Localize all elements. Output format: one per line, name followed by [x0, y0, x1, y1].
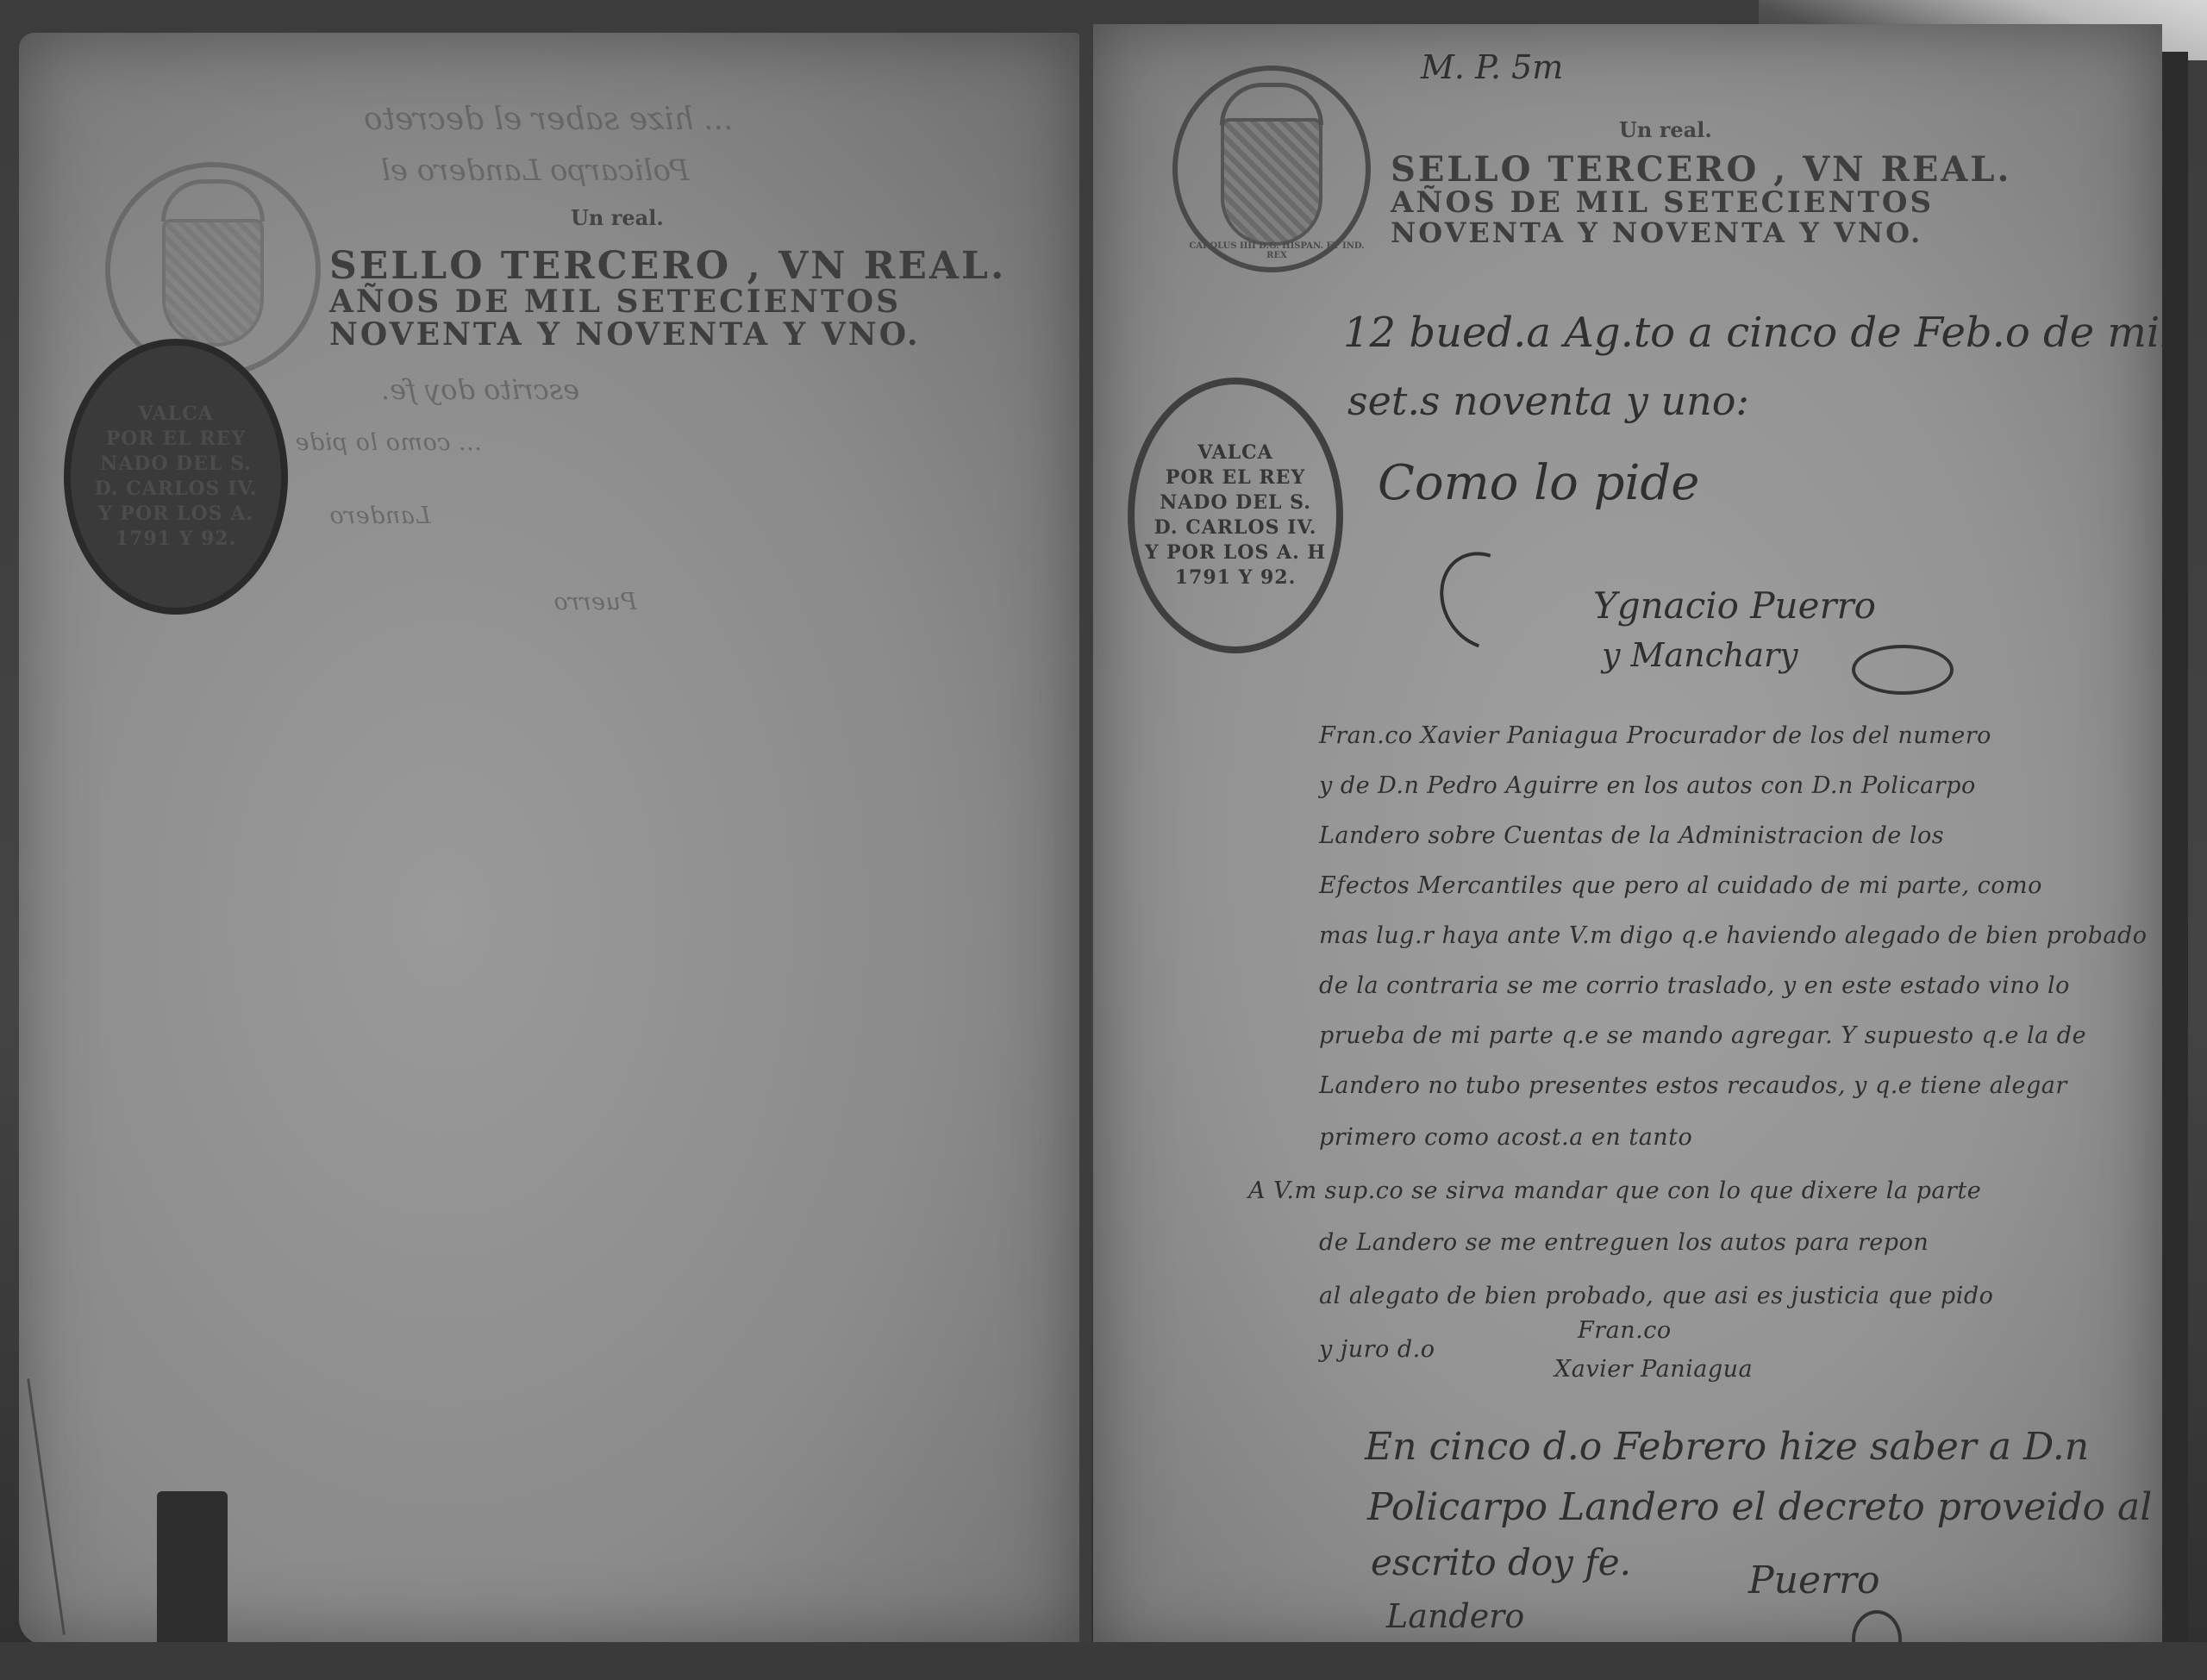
crown-icon: [161, 179, 265, 222]
seal-line: 1791 Y 92.: [116, 527, 237, 552]
bleed-through-text: escrito doy fe.: [381, 373, 579, 406]
crown-icon: [1220, 83, 1323, 125]
stamp-header-line: SELLO TERCERO , VN REAL.: [1391, 152, 2011, 188]
notification-line: Policarpo Landero el decreto proveido al: [1367, 1485, 2152, 1529]
binding-tab: [157, 1491, 228, 1646]
decree-line: set.s noventa y uno:: [1347, 378, 1749, 424]
petition-line: Landero sobre Cuentas de la Administraci…: [1319, 822, 1944, 849]
stamp-header-line: NOVENTA Y NOVENTA Y VNO.: [329, 319, 1006, 352]
bottom-edge-shadow: [0, 1642, 2207, 1680]
petition-line: mas lug.r haya ante V.m digo q.e haviend…: [1319, 922, 2148, 949]
stamp-header-line: AÑOS DE MIL SETECIENTOS: [329, 286, 1006, 319]
rubric-flourish: [1422, 535, 1547, 665]
bleed-through-text: ... como lo pide: [295, 429, 482, 456]
seal-ring-text: CAROLUS IIII D.G. HISPAN. ET IND. REX: [1186, 241, 1367, 260]
decree-order: Como lo pide: [1378, 455, 1699, 511]
page-edge-shadow: [2162, 52, 2188, 1655]
bleed-through-text: Puerro: [553, 589, 637, 615]
petition-close-line: y juro d.o: [1319, 1336, 1435, 1363]
stamp-header-line: NOVENTA Y NOVENTA Y VNO.: [1391, 219, 2011, 248]
seal-line: D. CARLOS IV.: [1154, 515, 1317, 540]
seal-line: VALCA: [1197, 440, 1272, 465]
petition-line: y de D.n Pedro Aguirre en los autos con …: [1319, 772, 1976, 799]
petition-close-line: A V.m sup.co se sirva mandar que con lo …: [1248, 1177, 1981, 1204]
signature-flourish: [1852, 645, 1954, 695]
seal-line: NADO DEL S.: [1160, 490, 1311, 515]
petition-line: Efectos Mercantiles que pero al cuidado …: [1319, 872, 2042, 899]
bleed-through-text: Landero: [329, 503, 430, 529]
signature: Xavier Paniagua: [1554, 1356, 1753, 1383]
signature: y Manchary: [1602, 636, 1798, 674]
petition-close-line: al alegato de bien probado, que asi es j…: [1319, 1283, 1993, 1309]
seal-line: D. CARLOS IV.: [95, 477, 258, 502]
royal-arms-seal: CAROLUS IIII D.G. HISPAN. ET IND. REX: [1172, 66, 1371, 272]
coat-of-arms-icon: [1221, 118, 1322, 246]
coat-of-arms-icon: [162, 219, 264, 347]
left-page: Un real. SELLO TERCERO , VN REAL. AÑOS D…: [19, 33, 1081, 1645]
folio-mark: M. P. 5m: [1421, 48, 1563, 86]
seal-line: 1791 Y 92.: [1175, 565, 1297, 590]
bleed-through-text: Policarpo Landero el: [381, 153, 689, 188]
petition-line: Fran.co Xavier Paniagua Procurador de lo…: [1319, 722, 1991, 749]
stamp-value: Un real.: [1619, 117, 1712, 142]
stamp-value: Un real.: [571, 205, 664, 230]
notification-line: En cinco d.o Febrero hize saber a D.n: [1365, 1425, 2089, 1469]
signature: Fran.co: [1578, 1317, 1672, 1344]
seal-line: Y POR LOS A.: [98, 502, 253, 527]
seal-line: Y POR LOS A. H: [1145, 540, 1326, 565]
petition-line: Landero no tubo presentes estos recaudos…: [1319, 1072, 2067, 1099]
paper-crease: [27, 1378, 66, 1634]
stamp-header-line: SELLO TERCERO , VN REAL.: [329, 247, 1006, 286]
round-seal-faded: [105, 162, 321, 378]
seal-line: POR EL REY: [106, 427, 246, 452]
petition-line: primero como acost.a en tanto: [1319, 1124, 1692, 1151]
seal-line: NADO DEL S.: [100, 452, 252, 477]
decree-line: 12 bued.a Ag.to a cinco de Feb.o de mil: [1343, 309, 2173, 357]
seal-line: VALCA: [138, 402, 213, 427]
notification-line: escrito doy fe.: [1371, 1541, 1631, 1583]
petition-line: de la contraria se me corrio traslado, y…: [1319, 972, 2070, 999]
stamp-header: SELLO TERCERO , VN REAL. AÑOS DE MIL SET…: [329, 247, 1006, 352]
stamp-header: SELLO TERCERO , VN REAL. AÑOS DE MIL SET…: [1391, 152, 2011, 247]
petition-close-line: de Landero se me entreguen los autos par…: [1319, 1229, 1929, 1256]
right-page: M. P. 5m Un real. CAROLUS IIII D.G. HISP…: [1093, 24, 2162, 1653]
petition-line: prueba de mi parte q.e se mando agregar.…: [1319, 1022, 2086, 1049]
signature: Ygnacio Puerro: [1593, 584, 1876, 627]
signature: Puerro: [1748, 1558, 1880, 1602]
stamp-header-line: AÑOS DE MIL SETECIENTOS: [1391, 188, 2011, 219]
bleed-through-text: ... hize saber el decreto: [364, 102, 734, 137]
signature: Landero: [1386, 1597, 1524, 1635]
seal-line: POR EL REY: [1166, 465, 1305, 490]
oval-seal: VALCA POR EL REY NADO DEL S. D. CARLOS I…: [1128, 378, 1343, 653]
page-gutter: [1079, 26, 1091, 1655]
oval-seal-dark: VALCA POR EL REY NADO DEL S. D. CARLOS I…: [64, 339, 288, 615]
